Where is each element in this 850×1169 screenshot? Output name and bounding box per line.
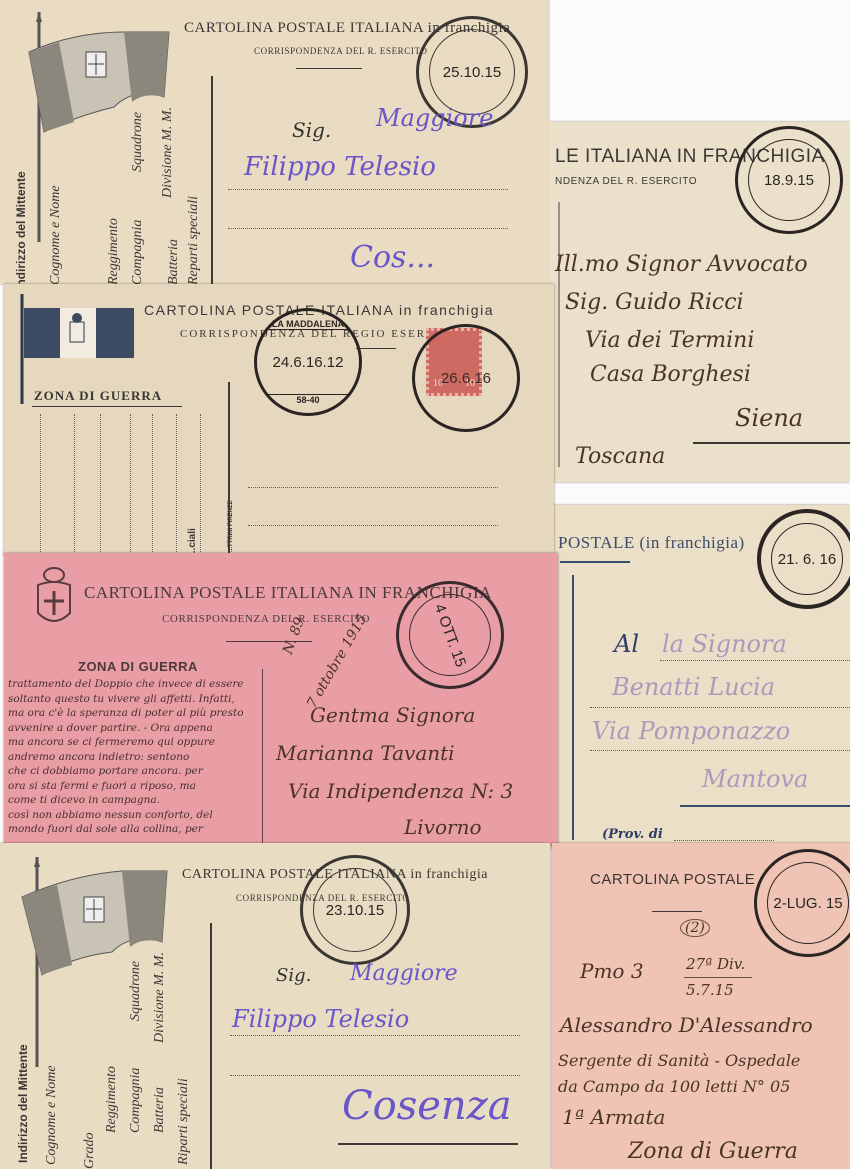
postmark: 4 OTT. 15 <box>396 581 504 689</box>
handwritten-city: Livorno <box>404 815 482 839</box>
handwritten-address-line: Via Indipendenza N: 3 <box>288 779 513 803</box>
sender-field-label: Cognome e Nome <box>48 185 64 285</box>
handwritten-address-line: Via Pomponazzo <box>592 717 790 745</box>
salutation: Al <box>614 630 639 658</box>
handwritten-rank: Maggiore <box>376 104 493 132</box>
sender-field-label: Riparti speciali <box>176 1078 192 1165</box>
card-subtitle: CORRISPONDENZA DEL R. ESERCITO <box>162 613 370 625</box>
savoy-coat-of-arms-icon <box>34 567 74 633</box>
postmark: 18.9.15 <box>735 126 843 234</box>
postcard-cosenza-2[interactable]: CARTOLINA POSTALE ITALIANA in franchigia… <box>0 843 550 1169</box>
handwritten-city: Cos... <box>350 240 435 275</box>
postcard-cosenza-1[interactable]: CARTOLINA POSTALE ITALIANA in franchigia… <box>0 0 550 285</box>
sender-field-label: Reparti speciali <box>186 196 202 285</box>
sender-field-label: Reggimento <box>106 218 122 285</box>
sender-field-label: Compagnia <box>130 220 146 285</box>
sender-field-label: Squadrone <box>130 112 146 172</box>
handwritten-address-line: Alessandro D'Alessandro <box>560 1013 813 1037</box>
handwritten-date: 5.7.15 <box>686 981 734 999</box>
card-subtitle: NDENZA DEL R. ESERCITO <box>555 176 697 187</box>
postmark-la-maddalena: 24.6.16.12 LA MADDALENA 58-40 <box>254 308 362 416</box>
sender-field-label: Grado <box>82 1132 98 1169</box>
handwritten-message: trattamento del Doppio che invece di ess… <box>8 677 260 837</box>
handwritten-address-line: Casa Borghesi <box>590 362 751 387</box>
sender-field-label: Squadrone <box>128 961 144 1021</box>
handwritten-address-line: Ill.mo Signor Avvocato <box>555 252 808 277</box>
sender-heading: Indirizzo del Mittente <box>14 171 28 285</box>
handwritten-number: (2) <box>680 919 710 937</box>
handwritten-city: Cosenza <box>342 1083 512 1129</box>
card-title: POSTALE (in franchigia) <box>558 533 745 553</box>
handwritten-date: 7 ottobre 1915 <box>304 612 371 711</box>
handwritten-rank: Maggiore <box>350 961 458 986</box>
sender-field-label: Divisione M. M. <box>160 107 176 198</box>
card-title: CARTOLINA POSTALE <box>590 871 755 888</box>
postcard-zona-di-guerra[interactable]: CARTOLINA POSTALE ITALIANA in franchigia… <box>4 284 554 556</box>
printer-label: ...TTRINI FIRENZE <box>228 500 234 552</box>
salutation: Sig. <box>292 118 331 142</box>
postmark: 21. 6. 16 <box>757 509 850 609</box>
postmark: 23.10.15 <box>300 855 410 965</box>
handwritten-name: Filippo Telesio <box>232 1005 409 1033</box>
card-subtitle: CORRISPONDENZA DEL R. ESERCITO <box>254 46 428 56</box>
handwritten-address-line: da Campo da 100 letti N° 05 <box>558 1077 790 1096</box>
handwritten-address-line: 1ª Armata <box>562 1105 665 1129</box>
salutation: Sig. <box>276 965 311 986</box>
postcard-siena[interactable]: LE ITALIANA IN FRANCHIGIA NDENZA DEL R. … <box>545 122 850 482</box>
zone-label: ZONA DI GUERRA <box>34 388 162 404</box>
handwritten-address-line: Zona di Guerra <box>628 1139 798 1164</box>
sender-field-label: Cognome e Nome <box>44 1065 60 1165</box>
handwritten-text: Pmo 3 <box>580 959 644 983</box>
sender-field-label: ...ciali <box>187 528 198 556</box>
handwritten-city: Mantova <box>702 765 808 793</box>
handwritten-city: Siena <box>735 404 803 432</box>
handwritten-address-line: Sig. Guido Ricci <box>565 290 744 315</box>
italian-flag-icon <box>12 857 172 1067</box>
handwritten-name: Filippo Telesio <box>244 152 436 182</box>
sender-field-label: Batteria <box>166 239 182 285</box>
postcard-zona-di-guerra-2[interactable]: CARTOLINA POSTALE 2-LUG. 15 (2) Pmo 3 27… <box>552 843 850 1169</box>
handwritten-address-line: Gentma Signora <box>310 703 475 727</box>
sender-field-label: Divisione M. M. <box>152 952 168 1043</box>
postcard-livorno[interactable]: CARTOLINA POSTALE ITALIANA IN FRANCHIGIA… <box>4 553 558 845</box>
postmark: 2-LUG. 15 <box>754 849 850 957</box>
province-label: (Prov. di <box>602 827 663 842</box>
handwritten-division: 27ª Div. <box>686 955 745 973</box>
handwritten-address-line: Via dei Termini <box>585 328 754 353</box>
italian-flag-icon <box>14 12 174 242</box>
sender-field-label: Batteria <box>152 1087 168 1133</box>
sender-heading: Indirizzo del Mittente <box>16 1044 30 1163</box>
handwritten-address-line: Sergente di Sanità - Ospedale <box>558 1051 800 1070</box>
handwritten-region: Toscana <box>575 444 665 469</box>
handwritten-address-line: Benatti Lucia <box>612 673 775 701</box>
sender-field-label: Compagnia <box>128 1068 144 1133</box>
sender-field-label: Reggimento <box>104 1066 120 1133</box>
postcard-mantova[interactable]: POSTALE (in franchigia) 21. 6. 16 Al la … <box>552 505 850 850</box>
zone-label: ZONA DI GUERRA <box>78 659 198 674</box>
handwritten-address-line: la Signora <box>662 630 787 658</box>
handwritten-address-line: Marianna Tavanti <box>276 741 455 765</box>
postmark-posta-militare: 26.6.16 <box>412 324 520 432</box>
